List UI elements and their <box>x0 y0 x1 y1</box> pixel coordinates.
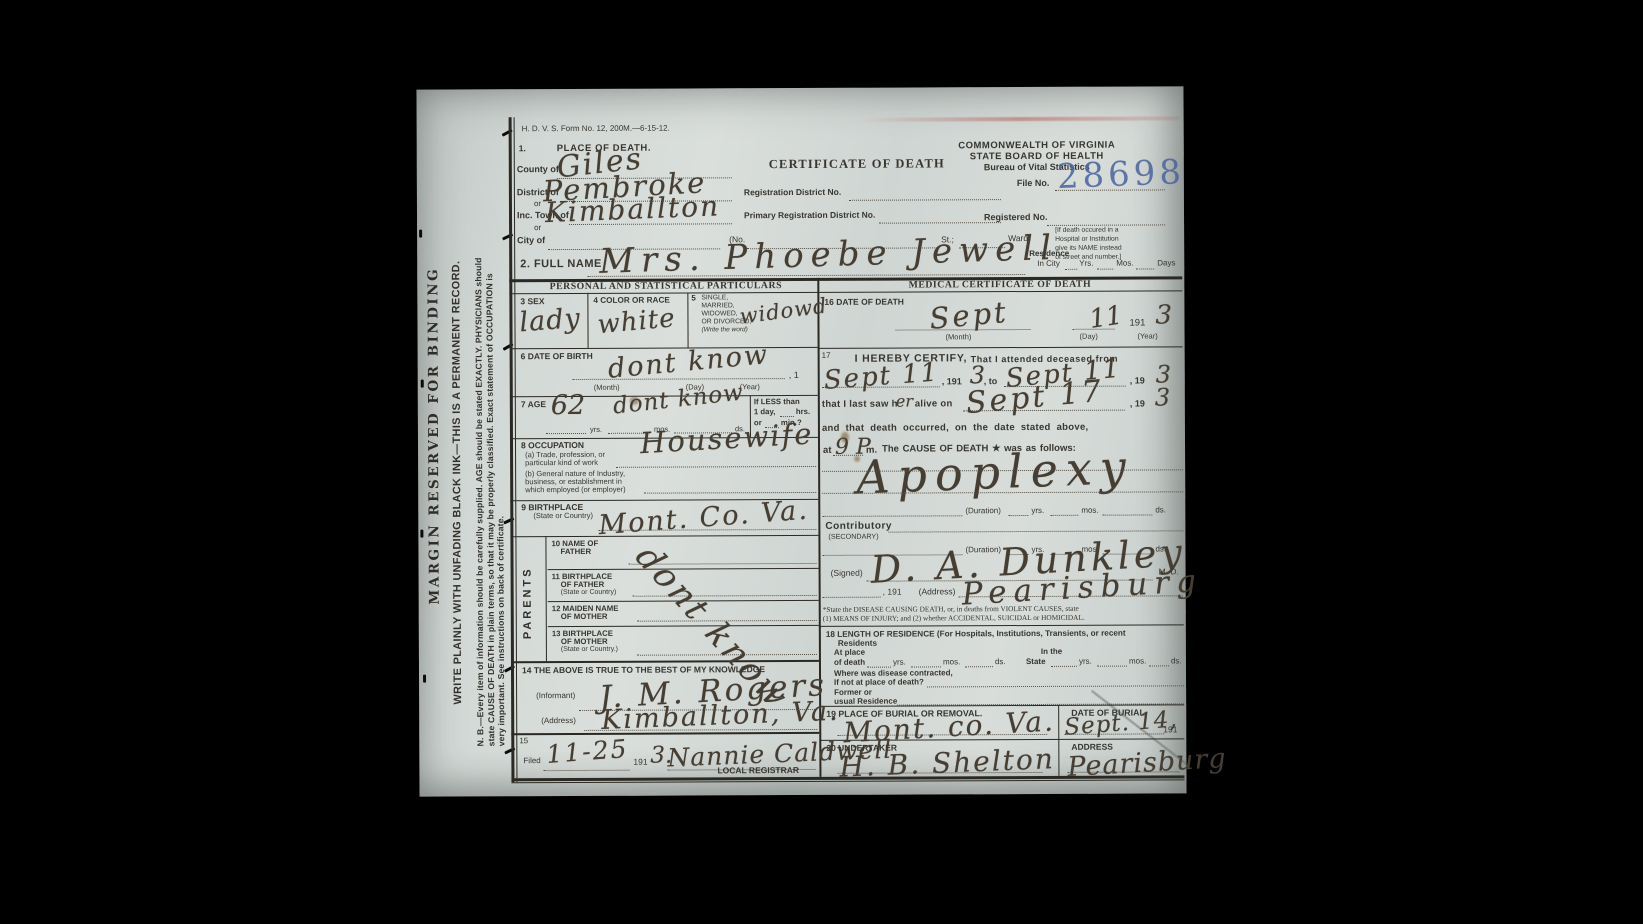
marital-item-no: 5 <box>691 294 695 302</box>
or-word: or <box>534 200 541 208</box>
full-name-value: Mrs. Phoebe Jewell <box>599 231 1059 279</box>
occupation-b-line3: which employed (or employer) <box>525 486 626 494</box>
of-death-label: of death <box>834 659 865 668</box>
state-ds-label: ds. <box>1171 657 1182 665</box>
former-line2: usual Residence <box>834 698 897 707</box>
death-certificate-scan: MARGIN RESERVED FOR BINDING WRITE PLAINL… <box>416 86 1186 796</box>
informant-label: (Informant) <box>536 692 575 701</box>
filed-date-value: 11-25 <box>546 736 630 767</box>
personal-section-title: PERSONAL AND STATISTICAL PARTICULARS <box>514 281 817 293</box>
parents-group-label: PARENTS <box>522 566 536 639</box>
residence-yrs-blank <box>1065 268 1077 270</box>
in-the-label: In the <box>1041 648 1062 656</box>
duration-lead-blank <box>822 514 962 517</box>
occupation-label: 8 OCCUPATION <box>521 441 584 450</box>
residence-label: Residence <box>1029 250 1069 259</box>
state-label: State <box>1026 658 1046 666</box>
duration-yrs-blank <box>1008 514 1028 516</box>
last-saw-year-value: 3 <box>1155 385 1170 409</box>
dod-month-hint: (Month) <box>946 333 972 341</box>
dod-year-printed: 191 <box>1129 318 1145 328</box>
to-year-printed: , 19 <box>1130 377 1145 387</box>
physician-address-label: (Address) <box>919 587 956 596</box>
state-mos-blank <box>1097 665 1127 667</box>
in-city-label: In City <box>1037 260 1060 268</box>
margin-nb-note: N. B.—Every item of information should b… <box>473 257 507 746</box>
city-label: City of <box>517 236 545 246</box>
undertaker-value: H. B. Shelton <box>839 745 1055 781</box>
at-place-label: At place <box>834 649 865 658</box>
if-less-line1: If LESS than <box>754 398 800 406</box>
parents-label-divider <box>545 536 547 661</box>
file-no-stamp: 28698 <box>1056 152 1186 197</box>
race-value: white <box>596 305 676 338</box>
binding-stitch <box>419 230 422 238</box>
death-occurred-line: and that death occurred, on the date sta… <box>822 423 1089 434</box>
duration-label: (Duration) <box>965 507 1001 516</box>
page-background: { "colors": { "stamp_blue": "#4a63a0", "… <box>0 0 1643 924</box>
dod-day-hint: (Day) <box>1080 333 1098 341</box>
sign-date-blank <box>823 596 881 598</box>
town-value: Kimballton <box>545 192 721 227</box>
state-yrs-blank <box>1051 665 1077 667</box>
hospital-note-line2: Hospital or Institution <box>1055 236 1118 243</box>
item-17-number: 17 <box>822 352 831 360</box>
binding-stitch <box>421 380 424 388</box>
birthplace-value: Mont. Co. Va. <box>598 497 810 540</box>
res-yrs-label: yrs. <box>893 659 906 667</box>
age-months-value: dont know <box>612 381 745 418</box>
state-yrs-label: yrs. <box>1079 658 1092 666</box>
at-label: at <box>823 446 831 456</box>
duration-ds-blank <box>1102 513 1152 515</box>
informant-address-label: (Address) <box>541 717 576 726</box>
form-number: H. D. V. S. Form No. 12, 200M.—6-15-12. <box>522 125 670 134</box>
marital-option-widowed: WIDOWED, <box>701 310 737 317</box>
or-word: or <box>534 224 541 232</box>
contracted-line2: If not at place of death? <box>834 678 924 687</box>
residence-mos-label: Mos. <box>1116 260 1133 268</box>
res-mos-label: mos. <box>943 658 960 666</box>
from-year-printed: , 191 <box>942 377 962 387</box>
binding-stitch <box>423 675 426 683</box>
signed-label: (Signed) <box>831 569 863 578</box>
rule <box>819 624 1184 627</box>
registration-district-blank <box>849 198 1001 201</box>
file-no-label: File No. <box>1017 179 1050 189</box>
age-yrs-label: yrs. <box>590 426 602 434</box>
age-value: 62 <box>551 392 585 419</box>
burial-cell-divider <box>1058 705 1059 776</box>
birthplace-hint: (State or Country) <box>533 512 593 520</box>
local-registrar-label: LOCAL REGISTRAR <box>717 766 799 775</box>
res-yrs-blank <box>867 666 891 668</box>
res-ds-label: ds. <box>995 658 1006 666</box>
undertaker-address-value: Pearisburg <box>1067 745 1228 781</box>
last-saw-year-printed: , 19 <box>1130 400 1145 410</box>
cell-divider <box>687 292 688 347</box>
dod-year-value: 3 <box>1155 302 1172 328</box>
father-name-label-line2: FATHER <box>560 548 591 556</box>
registered-no-label: Registered No. <box>984 213 1048 223</box>
footnote-line2: (1) MEANS OF INJURY; and (2) whether ACC… <box>823 614 1085 623</box>
binding-stitch <box>420 530 423 538</box>
item-1-number: 1. <box>519 144 526 153</box>
father-birthplace-hint: (State or Country) <box>561 589 617 597</box>
margin-permanent-record-note: WRITE PLAINLY WITH UNFADING BLACK INK—TH… <box>450 261 465 705</box>
dod-month-value: Sept <box>928 298 1010 334</box>
registration-district-label: Registration District No. <box>744 188 841 197</box>
mother-name-label-line2: OF MOTHER <box>561 613 608 621</box>
registered-no-blank <box>1047 223 1165 226</box>
res-ds-blank <box>965 665 993 667</box>
res-mos-blank <box>911 665 941 667</box>
primary-registration-label: Primary Registration District No. <box>744 211 875 220</box>
marital-option-single: SINGLE, <box>701 294 728 301</box>
filed-date-blank <box>543 769 629 771</box>
dod-year-hint: (Year) <box>1138 332 1158 340</box>
dod-day-value: 11 <box>1088 302 1124 332</box>
mother-birthplace-hint: (State or Country.) <box>561 646 618 654</box>
occupation-value: Housewife <box>639 419 814 458</box>
attended-from-value: Sept 11 <box>823 359 940 393</box>
duration-yrs-label: yrs. <box>1031 507 1044 515</box>
rule <box>818 346 1183 349</box>
residence-days-label: Days <box>1157 259 1175 267</box>
date-of-death-label: 16 DATE OF DEATH <box>824 298 904 307</box>
sex-value: lady <box>519 305 582 336</box>
cell-divider <box>587 293 588 348</box>
duration-ds-label: ds. <box>1155 506 1166 514</box>
state-mos-label: mos. <box>1129 657 1146 665</box>
dob-year-prefix: , 1 <box>789 371 799 380</box>
red-scan-artifact <box>859 116 1179 121</box>
hrs-label: hrs. <box>796 408 810 416</box>
occupation-b-blank <box>644 491 816 494</box>
contracted-blank <box>927 684 1184 687</box>
primary-registration-blank <box>879 221 1001 224</box>
rule <box>511 660 819 663</box>
last-saw-label: that I last saw h <box>822 400 898 410</box>
alive-on-label: alive on <box>915 399 953 409</box>
residence-yrs-label: Yrs. <box>1079 260 1093 268</box>
full-name-label: 2. FULL NAME <box>520 259 602 271</box>
item-15-number: 15 <box>519 737 528 745</box>
commonwealth-line1: COMMONWEALTH OF VIRGINIA <box>907 140 1167 151</box>
hospital-note-line1: [If death occured in a <box>1055 227 1119 234</box>
burial-date-value: Sept. 14, <box>1064 708 1179 739</box>
duration-mos-blank <box>1050 514 1078 516</box>
margin-binding-note: MARGIN RESERVED FOR BINDING <box>425 267 443 605</box>
dob-label: 6 DATE OF BIRTH <box>521 352 593 361</box>
residence-mos-blank <box>1097 268 1113 270</box>
sign-year-printed: , 191 <box>883 588 902 597</box>
filed-year-printed: 191 <box>633 758 647 767</box>
occupation-a-blank <box>616 465 816 468</box>
filed-label: Filed <box>523 757 540 765</box>
margin-nb-line3: very important. See instructions on back… <box>495 257 508 746</box>
residence-days-blank <box>1136 267 1154 269</box>
secondary-label: (SECONDARY) <box>828 533 878 541</box>
medical-section-title: MEDICAL CERTIFICATE OF DEATH <box>817 279 1182 291</box>
last-saw-her-value: er <box>896 394 913 410</box>
age-yrs-blank <box>546 432 586 434</box>
marital-option-married: MARRIED, <box>701 302 734 309</box>
age-label: 7 AGE <box>521 400 546 409</box>
occupation-a-line2: particular kind of work <box>525 459 598 467</box>
if-less-line2: 1 day, <box>754 408 776 416</box>
burial-year-printed: 191 <box>1163 725 1177 734</box>
marital-value: widowd <box>738 296 828 328</box>
state-ds-blank <box>1149 664 1169 666</box>
dob-month-hint: (Month) <box>594 384 620 392</box>
duration-mos-label: mos. <box>1081 507 1098 515</box>
